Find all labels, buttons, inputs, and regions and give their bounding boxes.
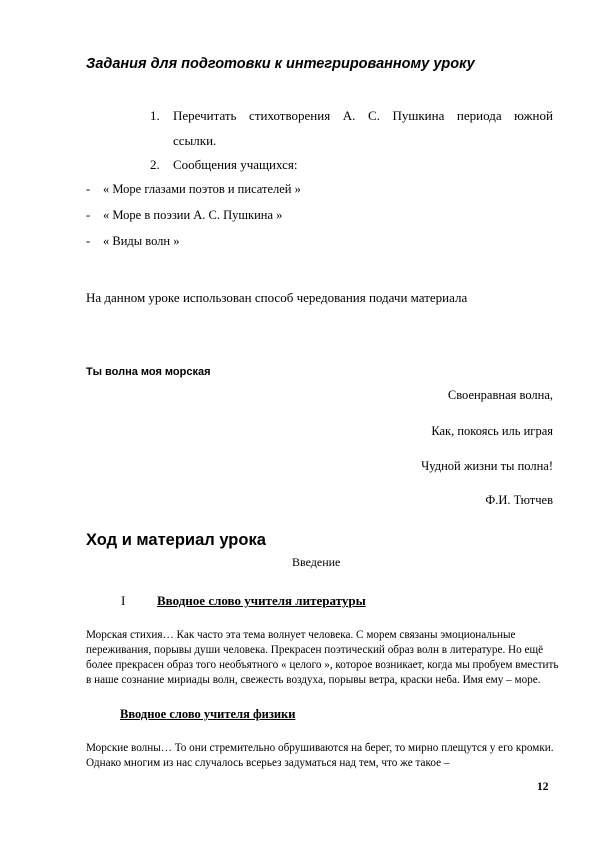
dash-bullet: - <box>86 182 90 197</box>
section-title-literature: Вводное слово учителя литературы <box>157 593 366 609</box>
poem-line: Своенравная волна, <box>448 388 553 403</box>
task-number: 1. <box>150 108 160 124</box>
method-note: На данном уроке использован способ черед… <box>86 290 467 306</box>
section-number: I <box>121 593 125 609</box>
task-text-line-1: Перечитать стихотворения А. С. Пушкина п… <box>173 108 553 124</box>
section-title-physics: Вводное слово учителя физики <box>120 707 295 722</box>
task-text: Сообщения учащихся: <box>173 157 297 173</box>
literature-paragraph: Морская стихия… Как часто эта тема волну… <box>86 628 561 688</box>
task-number: 2. <box>150 157 160 173</box>
introduction-label: Введение <box>292 555 340 570</box>
word: периода <box>457 108 502 124</box>
word: А. <box>343 108 356 124</box>
word: стихотворения <box>249 108 330 124</box>
word: южной <box>514 108 553 124</box>
poem-line: Чудной жизни ты полна! <box>421 459 553 474</box>
topic-text: « Море в поэзии А. С. Пушкина » <box>103 208 282 223</box>
topic-text: « Море глазами поэтов и писателей » <box>103 182 301 197</box>
task-text-line-2: ссылки. <box>173 133 216 149</box>
word: С. <box>368 108 380 124</box>
epigraph-author: Ф.И. Тютчев <box>485 493 553 508</box>
document-page: Задания для подготовки к интегрированном… <box>0 0 595 842</box>
poem-line: Как, покоясь иль играя <box>431 424 553 439</box>
word: Перечитать <box>173 108 236 124</box>
physics-paragraph: Морские волны… То они стремительно обруш… <box>86 741 561 771</box>
topic-text: « Виды волн » <box>103 234 180 249</box>
epigraph-title: Ты волна моя морская <box>86 366 211 378</box>
dash-bullet: - <box>86 208 90 223</box>
word: Пушкина <box>392 108 444 124</box>
dash-bullet: - <box>86 234 90 249</box>
document-title: Задания для подготовки к интегрированном… <box>86 56 475 72</box>
lesson-heading: Ход и материал урока <box>86 531 266 550</box>
page-number: 12 <box>537 781 549 793</box>
